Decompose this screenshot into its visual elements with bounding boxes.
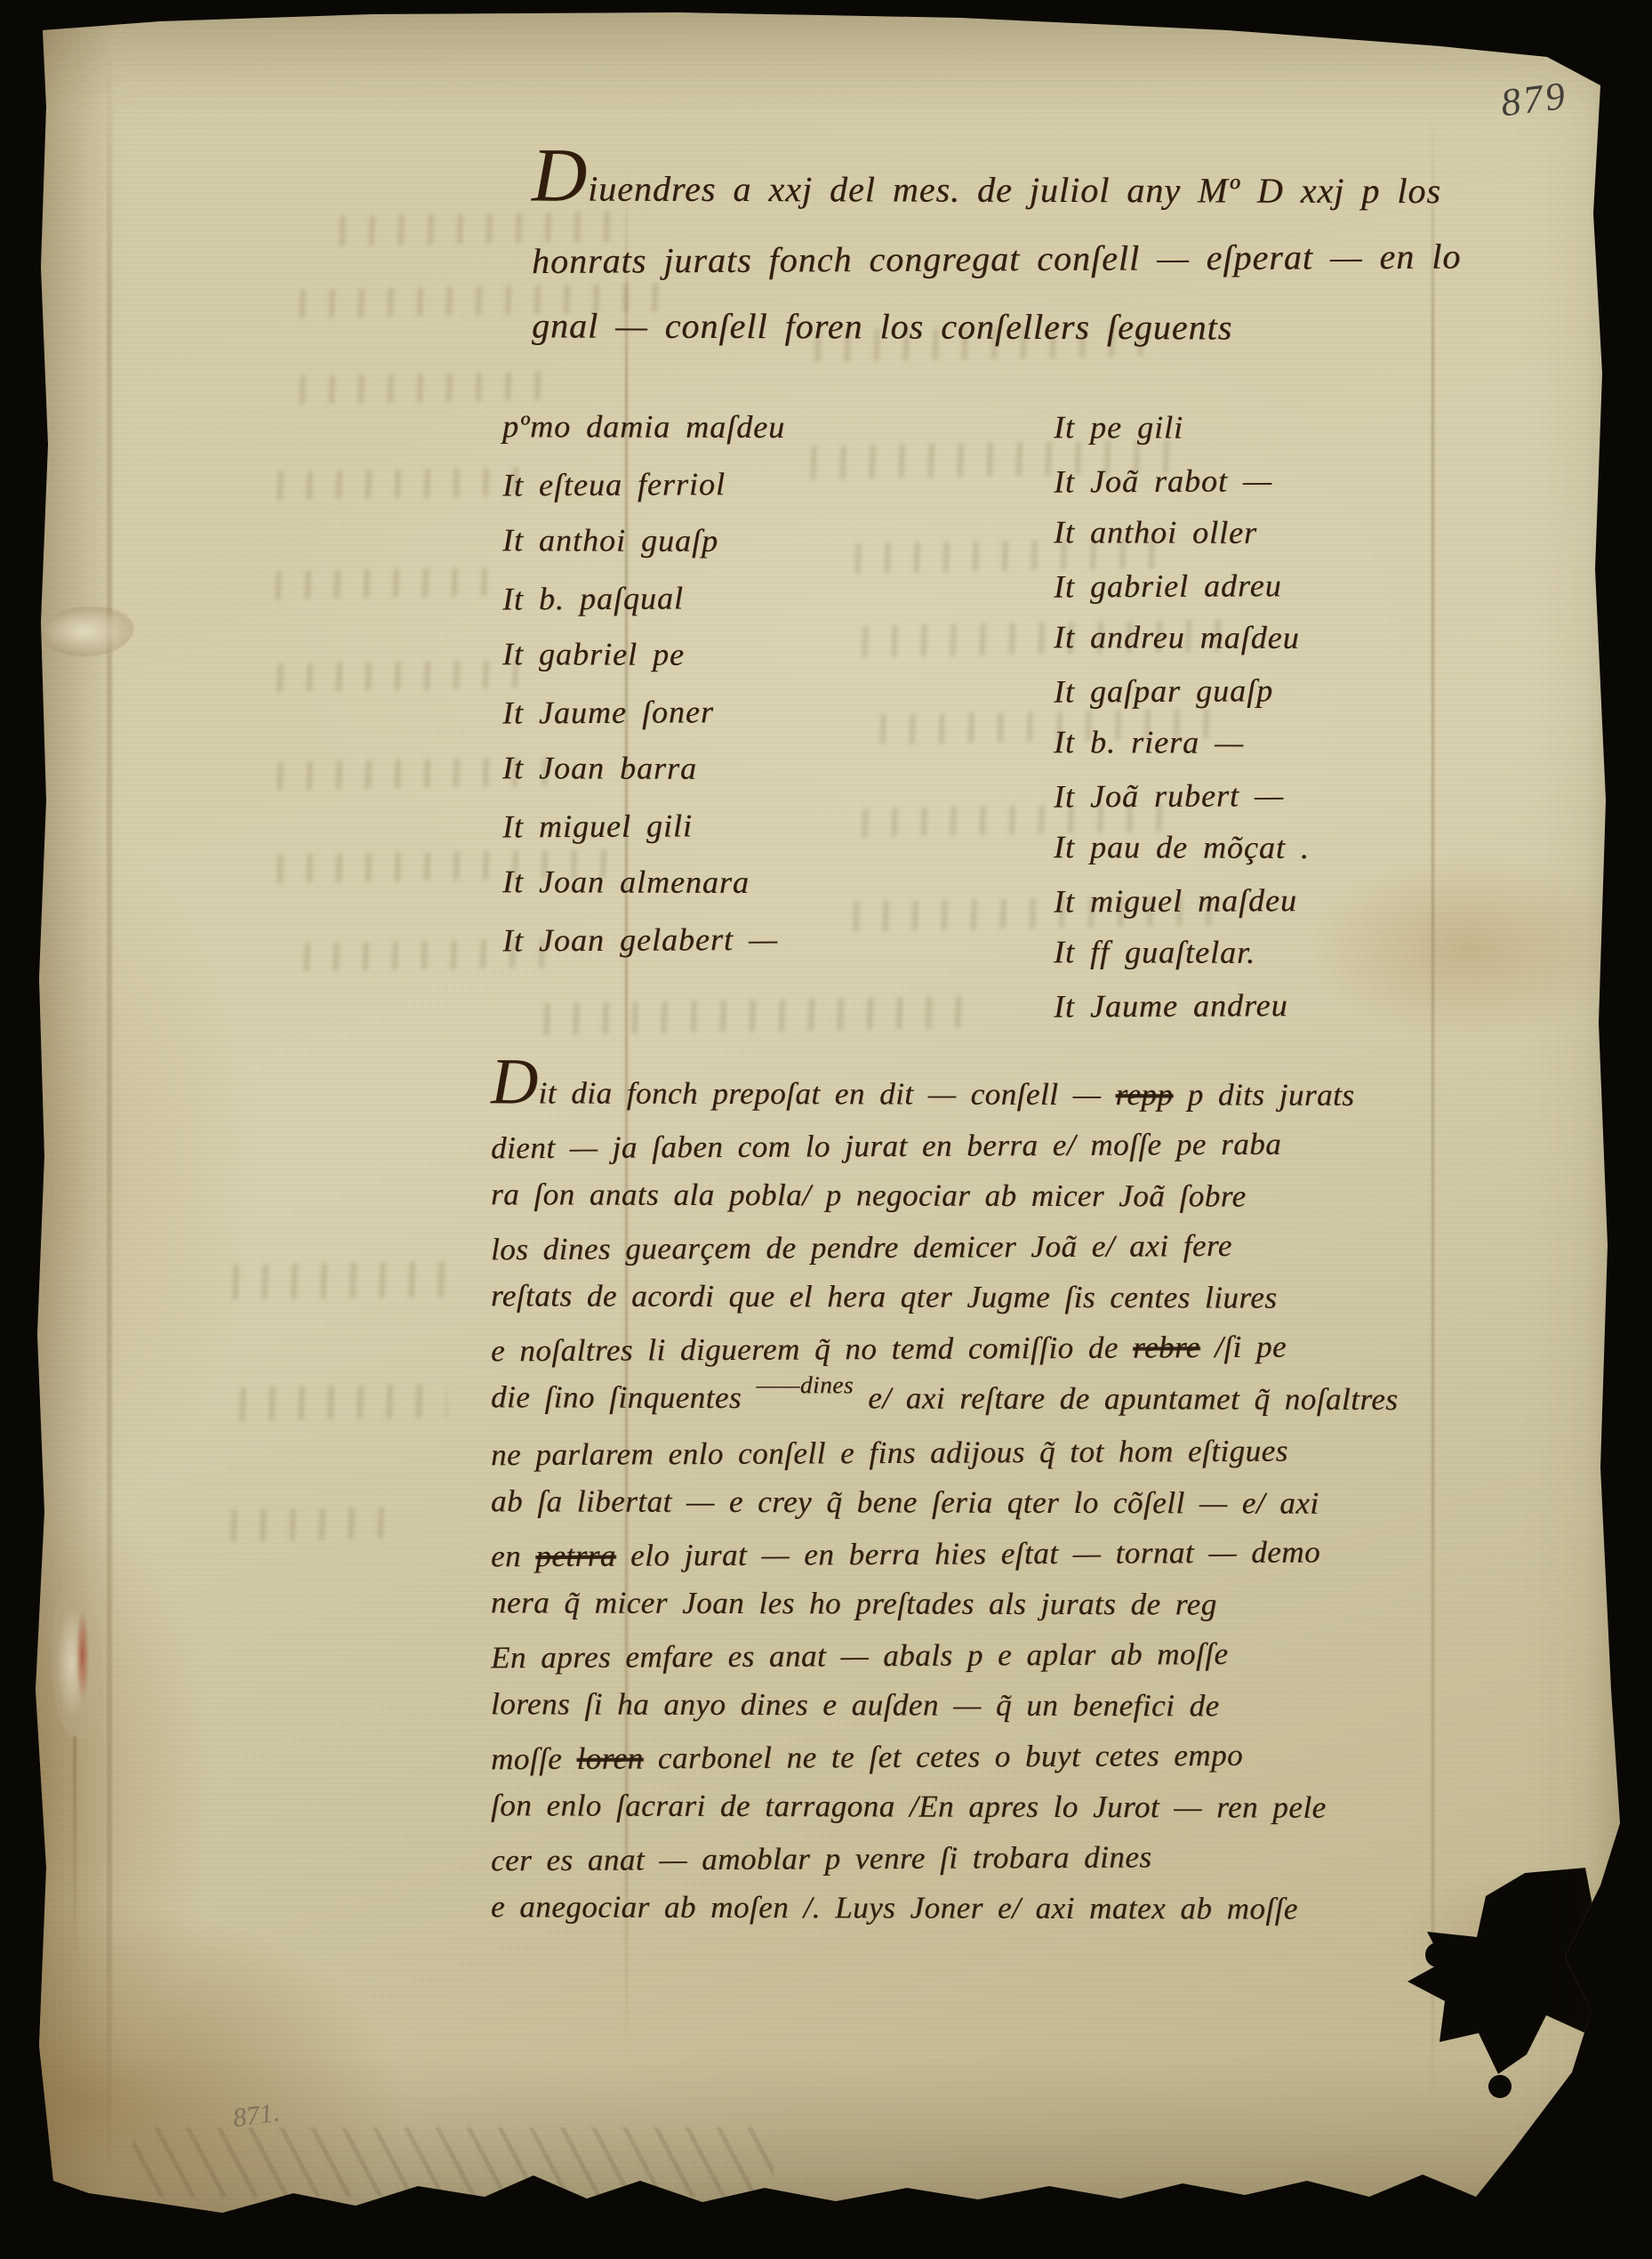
pencil-hatching	[133, 2127, 774, 2197]
attendee-entry: It anthoi oller	[1054, 506, 1587, 560]
record-text: En apres emfare es anat — abals p e apla…	[491, 1636, 1229, 1675]
record-line: e anegociar ab moſen /. Luys Joner e/ ax…	[491, 1881, 1638, 1934]
record-text: /ſi pe	[1200, 1330, 1287, 1365]
bleedthrough-smudge	[265, 567, 501, 600]
struck-through-word: petrra	[535, 1539, 616, 1573]
record-text: dient — ja ſaben com lo jurat en berra e…	[491, 1127, 1281, 1166]
paper-tear-mark	[43, 607, 133, 656]
manuscript-photo-background: { "page": { "folio_number": "879", "penc…	[0, 0, 1652, 2259]
record-text: p dits jurats	[1173, 1077, 1354, 1113]
pencil-folio-number: 871.	[231, 2098, 282, 2134]
record-line: ne parlarem enlo conſell e fins adijous …	[491, 1424, 1638, 1481]
council-record-paragraph: Dit dia fonch prepoſat en dit — conſell …	[491, 1060, 1638, 1933]
attendee-entry: It gaſpar guaſp	[1054, 663, 1587, 718]
bleedthrough-smudge	[267, 468, 521, 501]
attendee-entry: It eſteua ferriol	[502, 454, 1018, 513]
record-line: reſtats de acordi que el hera qter Jugme…	[491, 1270, 1638, 1323]
interlinear-insertion: ——dines	[756, 1371, 854, 1398]
attendee-entry: It Joã rubert —	[1054, 768, 1587, 823]
record-text: ſon enlo ſacrari de tarragona /En apres …	[491, 1788, 1327, 1824]
record-line: e noſaltres li diguerem q̃ no temd comiſ…	[491, 1320, 1638, 1377]
bleedthrough-smudge	[221, 1507, 404, 1542]
record-line: En apres emfare es anat — abals p e apla…	[491, 1627, 1638, 1684]
attendee-list-right: It pe giliIt Joã rabot —It anthoi ollerI…	[1054, 402, 1587, 1032]
record-text: lorens ſi ha anyo dines e auſden — q̃ un…	[491, 1686, 1220, 1723]
record-line: ſon enlo ſacrari de tarragona /En apres …	[491, 1780, 1638, 1833]
paper-tear-repair	[52, 1587, 101, 1740]
record-text: nera q̃ micer Joan les ho preſtades als …	[491, 1585, 1217, 1621]
attendee-entry: It miguel maſdeu	[1054, 872, 1587, 928]
record-line: die ſino ſinquentes ——dines e/ axi reſta…	[491, 1371, 1638, 1427]
paper-fold-line	[107, 53, 112, 2170]
attendee-entry: It anthoi guaſp	[502, 511, 1018, 570]
record-line: cer es anat — amoblar p venre ſi trobara…	[491, 1829, 1638, 1886]
record-text: ra ſon anats ala pobla/ p negociar ab mi…	[491, 1177, 1247, 1213]
record-text: moſſe	[491, 1741, 577, 1777]
record-text: en	[491, 1539, 536, 1573]
struck-through-word: rebre	[1133, 1330, 1200, 1364]
heading-line: gnal — conſell foren los conſellers ſegu…	[532, 291, 1581, 362]
attendee-entry: It b. riera —	[1054, 716, 1587, 770]
attendee-entry: It Joan gelabert —	[502, 909, 1018, 969]
record-text: ne parlarem enlo conſell e fins adijous …	[491, 1434, 1288, 1473]
attendee-entry: It b. paſqual	[502, 567, 1018, 627]
bleedthrough-smudge	[533, 996, 979, 1036]
folio-number: 879	[1498, 73, 1570, 126]
record-line: los dines guearçem de pendre demicer Joã…	[491, 1218, 1638, 1275]
attendee-entry: It pau de mõçat .	[1054, 821, 1587, 875]
struck-through-word: repp	[1115, 1077, 1173, 1112]
attendee-list-left: pºmo damia maſdeuIt eſteua ferriolIt ant…	[502, 398, 1018, 968]
attendee-entry: pºmo damia maſdeu	[502, 398, 1018, 456]
attendee-entry: It Joan almenara	[502, 853, 1018, 912]
bleedthrough-smudge	[229, 1384, 448, 1421]
record-text: e noſaltres li diguerem q̃ no temd comiſ…	[491, 1330, 1133, 1369]
bleedthrough-smudge	[267, 659, 534, 692]
attendee-entry: It andreu maſdeu	[1054, 611, 1587, 665]
attendee-entry: It ff guaſtelar.	[1054, 926, 1587, 980]
record-text: e/ axi reſtare de apuntamet q̃ noſaltres	[854, 1380, 1398, 1417]
record-text: Dit dia fonch prepoſat en dit — conſell …	[491, 1075, 1116, 1112]
record-line: lorens ſi ha anyo dines e auſden — q̃ un…	[491, 1678, 1638, 1732]
attendee-entry: It Joã rabot —	[1054, 453, 1587, 508]
record-text: reſtats de acordi que el hera qter Jugme…	[491, 1278, 1277, 1314]
record-line: Dit dia fonch prepoſat en dit — conſell …	[491, 1058, 1638, 1121]
heading-line: Diuendres a xxj del mes. de juliol any M…	[532, 148, 1581, 225]
manuscript-page: 879 Diuendres a xxj del mes. de juliol a…	[0, 0, 1652, 2259]
record-text: die ſino ſinquentes	[491, 1379, 756, 1415]
record-line: moſſe loren carbonel ne te ſet cetes o b…	[491, 1728, 1638, 1785]
record-line: dient — ja ſaben com lo jurat en berra e…	[491, 1117, 1638, 1174]
attendee-entry: It gabriel adreu	[1054, 558, 1587, 613]
record-line: ab ſa libertat — e crey q̃ bene ſeria qt…	[491, 1475, 1638, 1529]
bleedthrough-smudge	[222, 1261, 459, 1301]
paper-tear-crease	[73, 1736, 76, 1949]
record-line: ra ſon anats ala pobla/ p negociar ab mi…	[491, 1169, 1638, 1222]
struck-through-word: loren	[576, 1740, 643, 1775]
record-text: e anegociar ab moſen /. Luys Joner e/ ax…	[491, 1889, 1298, 1925]
heading-line: honrats jurats fonch congregat conſell —…	[532, 221, 1581, 295]
attendee-entry: It Jaume andreu	[1054, 977, 1587, 1033]
record-text: ab ſa libertat — e crey q̃ bene ſeria qt…	[491, 1483, 1319, 1520]
attendee-entry: It pe gili	[1054, 401, 1587, 455]
attendee-entry: It gabriel pe	[502, 625, 1018, 684]
record-text: cer es anat — amoblar p venre ſi trobara…	[491, 1839, 1152, 1877]
record-line: en petrra elo jurat — en berra hies eſta…	[491, 1525, 1638, 1582]
attendee-entry: It miguel gili	[502, 795, 1018, 855]
record-line: nera q̃ micer Joan les ho preſtades als …	[491, 1577, 1638, 1630]
attendee-entry: It Jaume ſoner	[502, 681, 1018, 741]
session-heading: Diuendres a xxj del mes. de juliol any M…	[532, 149, 1581, 361]
record-text: los dines guearçem de pendre demicer Joã…	[491, 1228, 1232, 1266]
record-text: elo jurat — en berra hies eſtat — tornat…	[616, 1534, 1320, 1572]
record-text: carbonel ne te ſet cetes o buyt cetes em…	[644, 1738, 1244, 1776]
attendee-entry: It Joan barra	[502, 739, 1018, 798]
